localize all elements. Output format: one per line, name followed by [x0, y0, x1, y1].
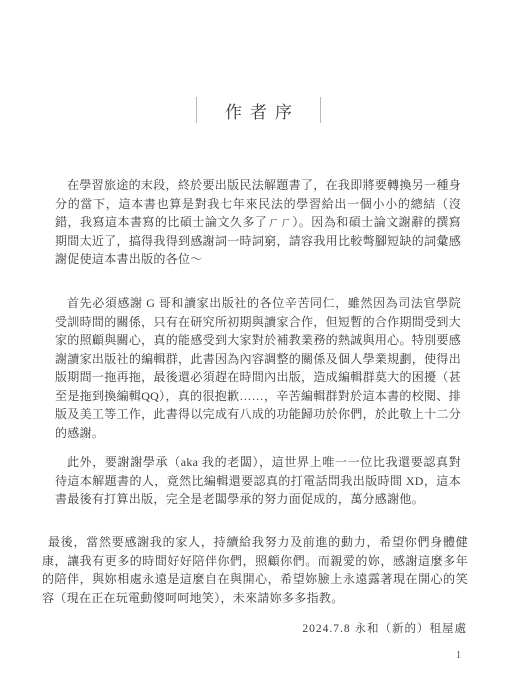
preface-paragraph-2: 首先必須感謝 G 哥和讀家出版社的各位辛苦同仁，雖然因為司法官學院受訓時間的關係…	[55, 294, 461, 442]
title-divider-left	[196, 97, 197, 123]
title-section: 作者序	[0, 94, 517, 126]
preface-paragraph-3: 此外，要謝謝學承（aka 我的老闆），這世界上唯一一位比我還要認真對待這本解題書…	[55, 453, 461, 509]
title-divider-right	[320, 97, 321, 123]
page-number: 1	[456, 650, 461, 661]
page-title: 作者序	[217, 98, 300, 123]
signature-date-line: 2024.7.8 永和（新的）租屋處	[302, 620, 467, 636]
preface-paragraph-1: 在學習旅途的末段，終於要出版民法解題書了，在我即將要轉換另一種身分的當下，這本書…	[55, 176, 461, 269]
preface-paragraph-4: 最後，當然要感謝我的家人，持續給我努力及前進的動力，希望你們身體健康，讓我有更多…	[42, 533, 468, 607]
preface-page: 作者序 在學習旅途的末段，終於要出版民法解題書了，在我即將要轉換另一種身分的當下…	[0, 0, 517, 700]
